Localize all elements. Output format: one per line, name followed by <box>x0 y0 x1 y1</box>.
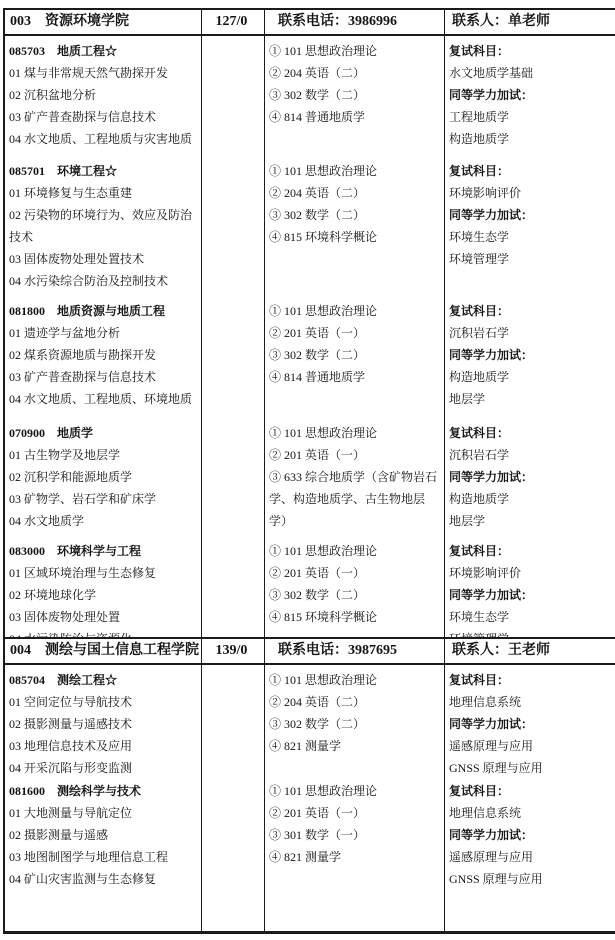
research-direction: 02 沉积盆地分析 <box>9 84 198 106</box>
addtest-subject: 环境管理学 <box>449 628 612 637</box>
exam-subjects-cell: ① 101 思想政治理论 ② 204 英语（二） ③ 302 数学（二） ④ 8… <box>265 665 445 776</box>
addtest-label: 同等学力加试： <box>449 584 612 606</box>
exam-subject: ④ 815 环境科学概论 <box>269 606 441 628</box>
research-direction: 04 水文地质、工程地质与灾害地质 <box>9 128 198 150</box>
major-block-cell: 085701 环境工程☆ 01 环境修复与生态重建 02 污染物的环境行为、效应… <box>5 156 202 296</box>
retest-subject: 地理信息系统 <box>449 802 612 824</box>
retest-label: 复试科目： <box>449 40 612 62</box>
addtest-subject: GNSS 原理与应用 <box>449 868 612 890</box>
exam-subject: ① 101 思想政治理论 <box>269 780 441 802</box>
quota-empty-cell <box>202 418 265 536</box>
college-body-004: 085704 测绘工程☆ 01 空间定位与导航技术 02 摄影测量与遥感技术 0… <box>5 665 615 931</box>
exam-subject: ① 101 思想政治理论 <box>269 300 441 322</box>
retest-label: 复试科目： <box>449 540 612 562</box>
retest-cell: 复试科目： 水文地质学基础 同等学力加试： 工程地质学 构造地质学 <box>445 36 615 156</box>
research-direction: 02 摄影测量与遥感技术 <box>9 713 198 735</box>
research-direction: 01 空间定位与导航技术 <box>9 691 198 713</box>
major-title: 085701 环境工程☆ <box>9 160 198 182</box>
addtest-subject: 构造地质学 <box>449 366 612 388</box>
research-direction: 04 矿山灾害监测与生态修复 <box>9 868 198 890</box>
exam-subjects-cell: ① 101 思想政治理论 ② 201 英语（一） ③ 302 数学（二） ④ 8… <box>265 536 445 637</box>
addtest-label: 同等学力加试： <box>449 204 612 226</box>
major-block-cell: 070900 地质学 01 古生物学及地层学 02 沉积学和能源地质学 03 矿… <box>5 418 202 536</box>
addtest-subject: 工程地质学 <box>449 106 612 128</box>
exam-subject: ③ 302 数学（二） <box>269 204 441 226</box>
retest-cell: 复试科目： 沉积岩石学 同等学力加试： 构造地质学 地层学 <box>445 418 615 536</box>
major-block-cell: 085704 测绘工程☆ 01 空间定位与导航技术 02 摄影测量与遥感技术 0… <box>5 665 202 776</box>
exam-subject: ② 201 英语（一） <box>269 444 441 466</box>
major-title: 083000 环境科学与工程 <box>9 540 198 562</box>
major-block-cell: 081600 测绘科学与技术 01 大地测量与导航定位 02 摄影测量与遥感 0… <box>5 776 202 931</box>
retest-label: 复试科目： <box>449 300 612 322</box>
addtest-subject: 构造地质学 <box>449 488 612 510</box>
quota-empty-cell <box>202 36 265 156</box>
retest-subject: 环境影响评价 <box>449 182 612 204</box>
research-direction: 03 固体废物处理处置 <box>9 606 198 628</box>
addtest-subject: 遥感原理与应用 <box>449 846 612 868</box>
exam-subject: ④ 815 环境科学概论 <box>269 226 441 248</box>
retest-cell: 复试科目： 地理信息系统 同等学力加试： 遥感原理与应用 GNSS 原理与应用 <box>445 665 615 776</box>
research-direction: 01 古生物学及地层学 <box>9 444 198 466</box>
retest-subject: 沉积岩石学 <box>449 322 612 344</box>
research-direction: 03 地图制图学与地理信息工程 <box>9 846 198 868</box>
retest-label: 复试科目： <box>449 422 612 444</box>
research-direction: 01 大地测量与导航定位 <box>9 802 198 824</box>
exam-subject: ③ 302 数学（二） <box>269 344 441 366</box>
retest-cell: 复试科目： 沉积岩石学 同等学力加试： 构造地质学 地层学 <box>445 296 615 418</box>
college-body-003: 085703 地质工程☆ 01 煤与非常规天然气勘探开发 02 沉积盆地分析 0… <box>5 36 615 637</box>
research-direction: 02 沉积学和能源地质学 <box>9 466 198 488</box>
research-direction: 03 矿产普查勘探与信息技术 <box>9 366 198 388</box>
research-direction: 01 区域环境治理与生态修复 <box>9 562 198 584</box>
major-title: 081800 地质资源与地质工程 <box>9 300 198 322</box>
retest-label: 复试科目： <box>449 669 612 691</box>
college-code-name: 004 测绘与国土信息工程学院 <box>5 639 202 663</box>
exam-subjects-cell: ① 101 思想政治理论 ② 204 英语（二） ③ 302 数学（二） ④ 8… <box>265 36 445 156</box>
quota-empty-cell <box>202 156 265 296</box>
exam-subject: ② 201 英语（一） <box>269 802 441 824</box>
exam-subjects-cell: ① 101 思想政治理论 ② 201 英语（一） ③ 302 数学（二） ④ 8… <box>265 296 445 418</box>
research-direction: 01 煤与非常规天然气勘探开发 <box>9 62 198 84</box>
addtest-label: 同等学力加试： <box>449 344 612 366</box>
exam-subject: ① 101 思想政治理论 <box>269 160 441 182</box>
exam-subject: ③ 302 数学（二） <box>269 713 441 735</box>
college-quota: 127/0 <box>202 10 265 34</box>
research-direction: 02 污染物的环境行为、效应及防治技术 <box>9 204 198 248</box>
research-direction: 04 水污染防治与资源化 <box>9 628 198 637</box>
college-contact: 联系人：王老师 <box>445 639 615 663</box>
research-direction: 02 摄影测量与遥感 <box>9 824 198 846</box>
research-direction: 03 矿物学、岩石学和矿床学 <box>9 488 198 510</box>
quota-empty-cell <box>202 536 265 637</box>
addtest-subject: 构造地质学 <box>449 128 612 150</box>
exam-subject: ④ 821 测量学 <box>269 735 441 757</box>
research-direction: 01 遗迹学与盆地分析 <box>9 322 198 344</box>
addtest-label: 同等学力加试： <box>449 824 612 846</box>
research-direction: 02 环境地球化学 <box>9 584 198 606</box>
retest-cell: 复试科目： 环境影响评价 同等学力加试： 环境生态学 环境管理学 <box>445 156 615 296</box>
research-direction: 04 水文地质学 <box>9 510 198 532</box>
exam-subject: ② 204 英语（二） <box>269 182 441 204</box>
exam-subject: ① 101 思想政治理论 <box>269 540 441 562</box>
exam-subjects-cell: ① 101 思想政治理论 ② 201 英语（一） ③ 301 数学（一） ④ 8… <box>265 776 445 931</box>
college-header-003: 003 资源环境学院 127/0 联系电话：3986996 联系人：单老师 <box>5 10 615 36</box>
retest-label: 复试科目： <box>449 780 612 802</box>
research-direction: 03 矿产普查勘探与信息技术 <box>9 106 198 128</box>
exam-subject: ③ 633 综合地质学（含矿物岩石学、构造地质学、古生物地层学） <box>269 466 441 532</box>
retest-cell: 复试科目： 地理信息系统 同等学力加试： 遥感原理与应用 GNSS 原理与应用 <box>445 776 615 931</box>
major-title: 085704 测绘工程☆ <box>9 669 198 691</box>
major-block-cell: 081800 地质资源与地质工程 01 遗迹学与盆地分析 02 煤系资源地质与勘… <box>5 296 202 418</box>
major-block-cell: 083000 环境科学与工程 01 区域环境治理与生态修复 02 环境地球化学 … <box>5 536 202 637</box>
retest-subject: 地理信息系统 <box>449 691 612 713</box>
college-header-004: 004 测绘与国土信息工程学院 139/0 联系电话：3987695 联系人：王… <box>5 637 615 665</box>
addtest-subject: 遥感原理与应用 <box>449 735 612 757</box>
research-direction: 03 地理信息技术及应用 <box>9 735 198 757</box>
college-quota: 139/0 <box>202 639 265 663</box>
major-title: 070900 地质学 <box>9 422 198 444</box>
research-direction: 01 环境修复与生态重建 <box>9 182 198 204</box>
exam-subjects-cell: ① 101 思想政治理论 ② 201 英语（一） ③ 633 综合地质学（含矿物… <box>265 418 445 536</box>
quota-empty-cell <box>202 296 265 418</box>
research-direction: 02 煤系资源地质与勘探开发 <box>9 344 198 366</box>
exam-subjects-cell: ① 101 思想政治理论 ② 204 英语（二） ③ 302 数学（二） ④ 8… <box>265 156 445 296</box>
quota-empty-cell <box>202 776 265 931</box>
exam-subject: ④ 821 测量学 <box>269 846 441 868</box>
major-title: 085703 地质工程☆ <box>9 40 198 62</box>
addtest-subject: 地层学 <box>449 388 612 410</box>
document-page: 003 资源环境学院 127/0 联系电话：3986996 联系人：单老师 08… <box>0 0 615 940</box>
exam-subject: ① 101 思想政治理论 <box>269 669 441 691</box>
research-direction: 04 水污染综合防治及控制技术 <box>9 270 198 292</box>
exam-subject: ④ 814 普通地质学 <box>269 366 441 388</box>
exam-subject: ④ 814 普通地质学 <box>269 106 441 128</box>
exam-subject: ① 101 思想政治理论 <box>269 40 441 62</box>
major-title: 081600 测绘科学与技术 <box>9 780 198 802</box>
college-phone: 联系电话：3987695 <box>265 639 445 663</box>
quota-empty-cell <box>202 665 265 776</box>
exam-subject: ③ 301 数学（一） <box>269 824 441 846</box>
addtest-label: 同等学力加试： <box>449 713 612 735</box>
retest-cell: 复试科目： 环境影响评价 同等学力加试： 环境生态学 环境管理学 <box>445 536 615 637</box>
addtest-subject: 地层学 <box>449 510 612 532</box>
major-block-cell: 085703 地质工程☆ 01 煤与非常规天然气勘探开发 02 沉积盆地分析 0… <box>5 36 202 156</box>
addtest-subject: GNSS 原理与应用 <box>449 757 612 776</box>
retest-label: 复试科目： <box>449 160 612 182</box>
college-contact: 联系人：单老师 <box>445 10 615 34</box>
exam-subject: ② 201 英语（一） <box>269 562 441 584</box>
college-phone: 联系电话：3986996 <box>265 10 445 34</box>
retest-subject: 水文地质学基础 <box>449 62 612 84</box>
research-direction: 04 水文地质、工程地质、环境地质 <box>9 388 198 410</box>
college-code-name: 003 资源环境学院 <box>5 10 202 34</box>
addtest-subject: 环境生态学 <box>449 226 612 248</box>
retest-subject: 环境影响评价 <box>449 562 612 584</box>
addtest-label: 同等学力加试： <box>449 84 612 106</box>
exam-subject: ② 201 英语（一） <box>269 322 441 344</box>
admissions-table: 003 资源环境学院 127/0 联系电话：3986996 联系人：单老师 08… <box>3 8 615 934</box>
exam-subject: ③ 302 数学（二） <box>269 84 441 106</box>
exam-subject: ③ 302 数学（二） <box>269 584 441 606</box>
research-direction: 04 开采沉陷与形变监测 <box>9 757 198 776</box>
exam-subject: ② 204 英语（二） <box>269 691 441 713</box>
exam-subject: ① 101 思想政治理论 <box>269 422 441 444</box>
addtest-subject: 环境生态学 <box>449 606 612 628</box>
addtest-subject: 环境管理学 <box>449 248 612 270</box>
research-direction: 03 固体废物处理处置技术 <box>9 248 198 270</box>
retest-subject: 沉积岩石学 <box>449 444 612 466</box>
exam-subject: ② 204 英语（二） <box>269 62 441 84</box>
addtest-label: 同等学力加试： <box>449 466 612 488</box>
